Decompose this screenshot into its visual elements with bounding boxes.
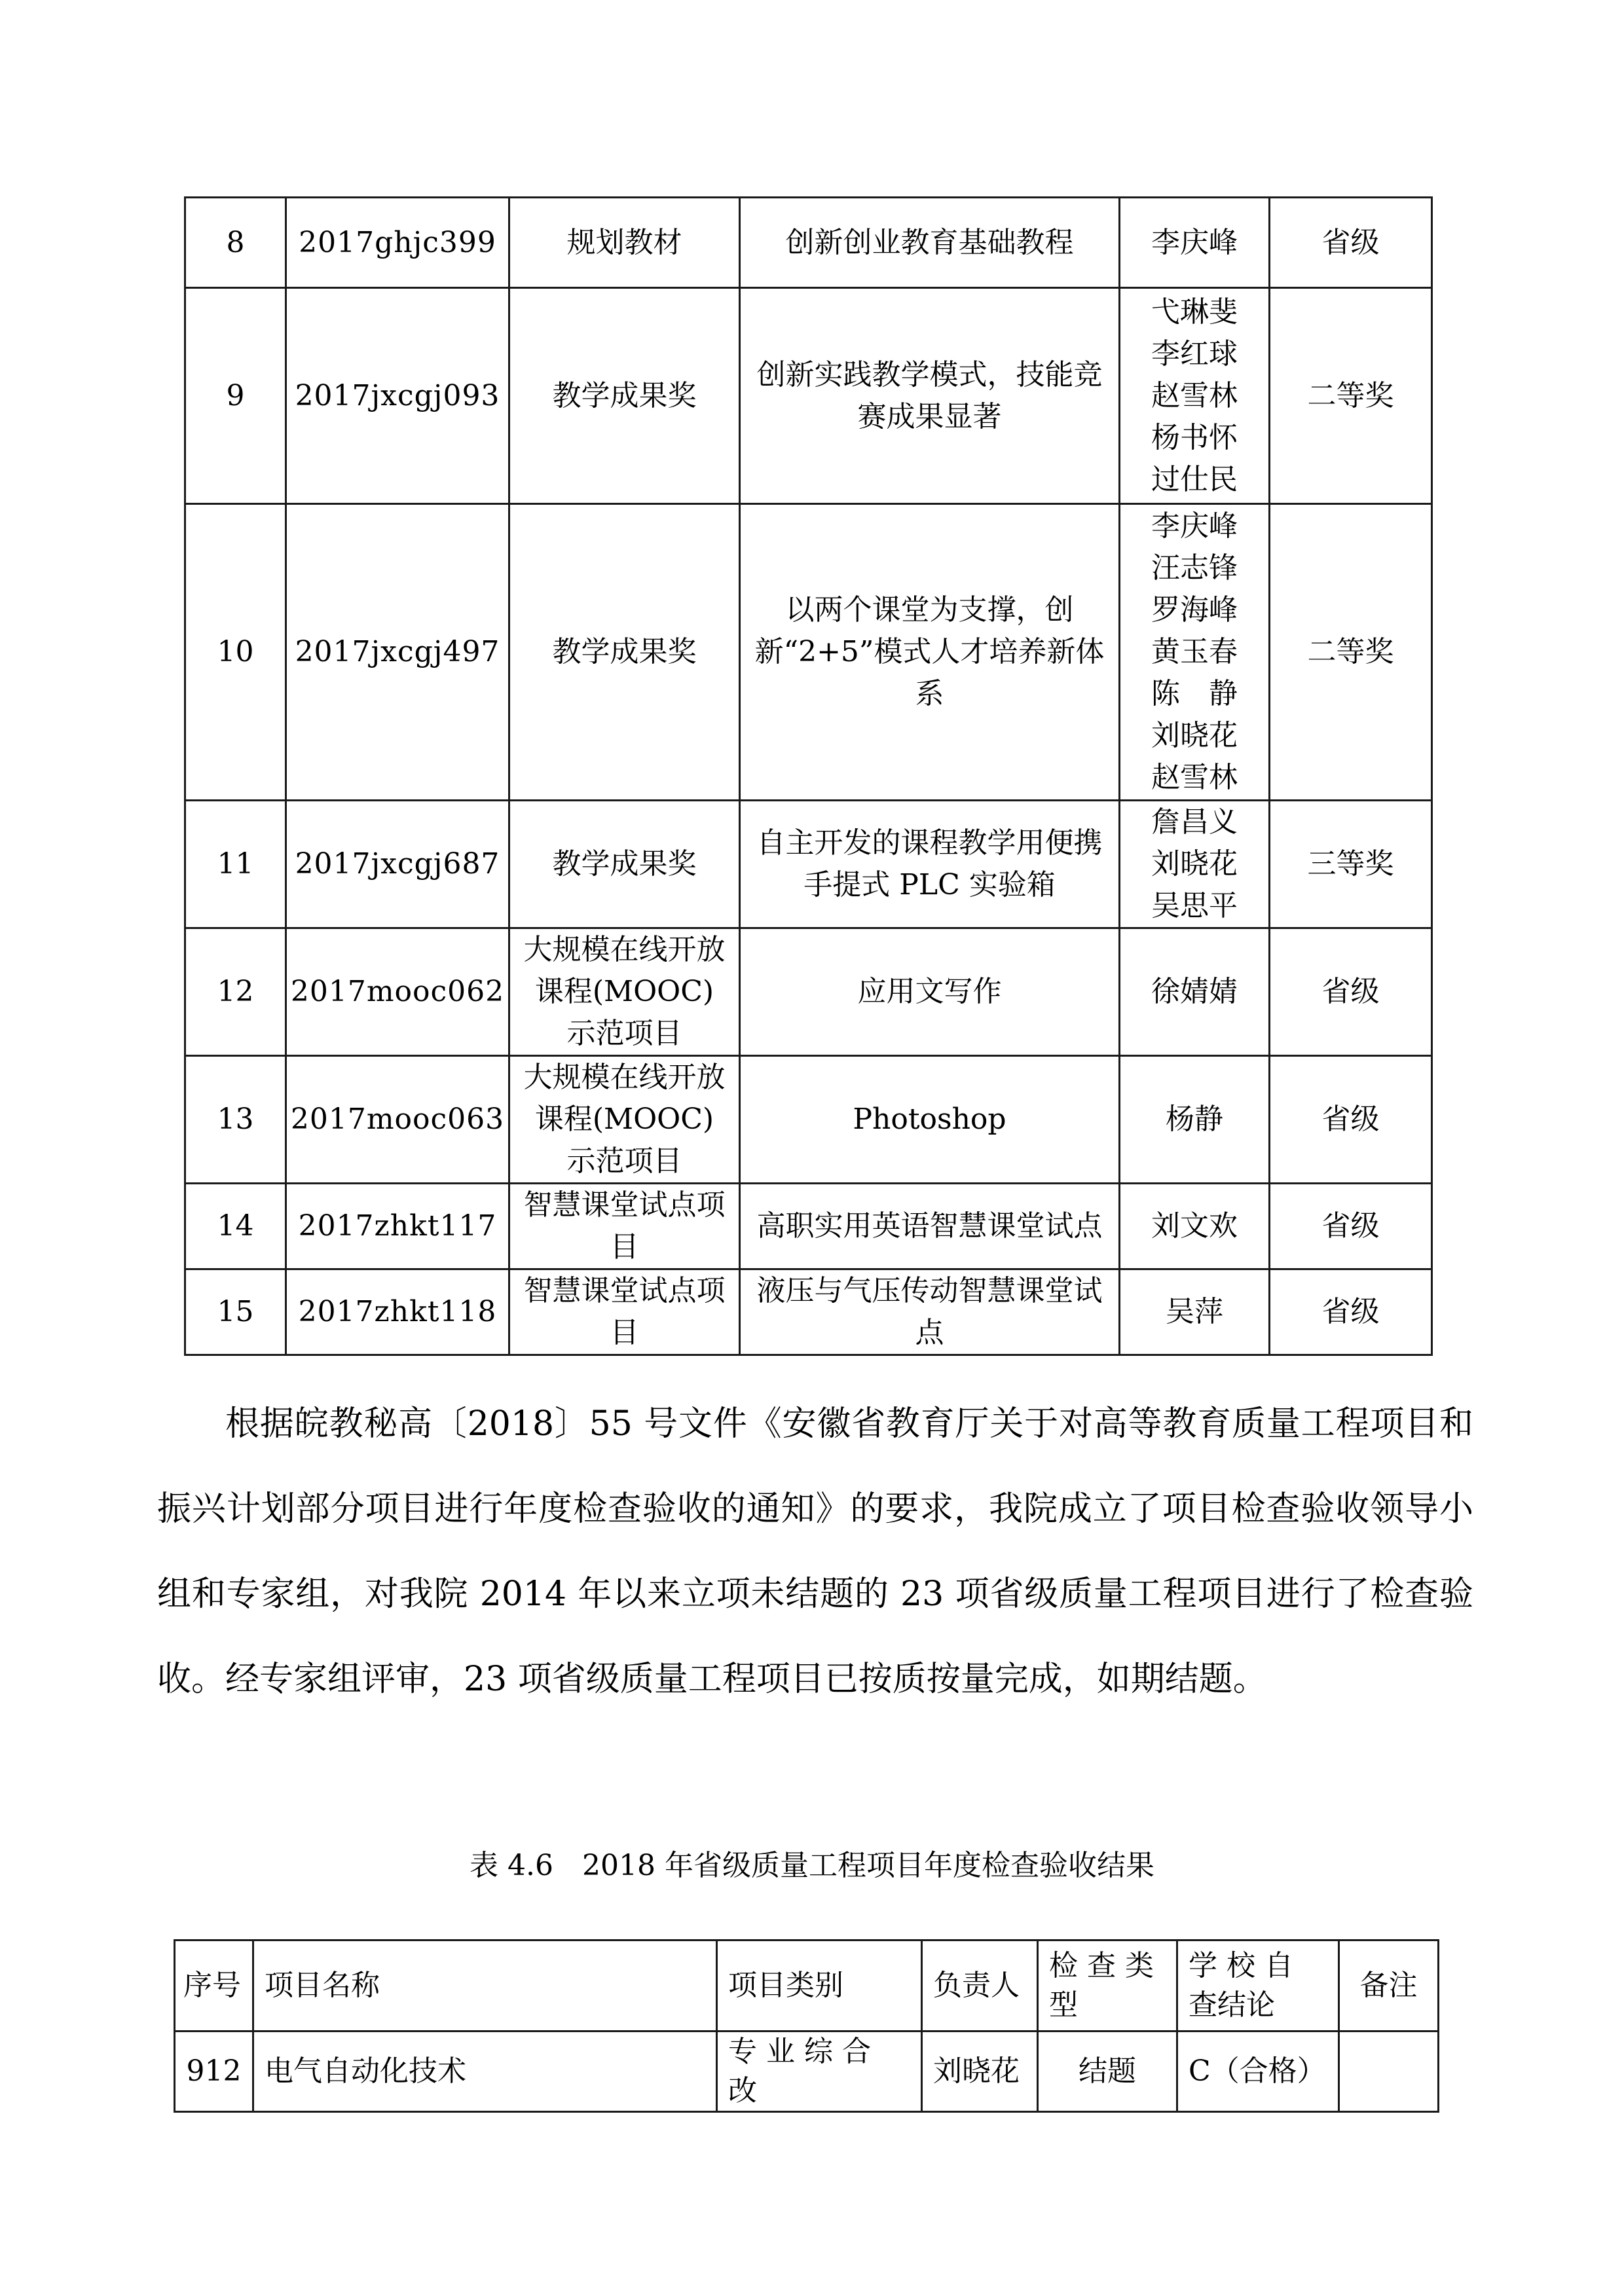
cell-code: 2017mooc062 (286, 928, 509, 1056)
cell-content: 以两个课堂为支撑，创新“2+5”模式人才培养新体系 (740, 504, 1120, 801)
cell-content: 自主开发的课程教学用便携手提式 PLC 实验箱 (740, 801, 1120, 928)
projects-table: 8 2017ghjc399 规划教材 创新创业教育基础教程 李庆峰 省级 9 2… (184, 196, 1433, 1356)
cell-category: 教学成果奖 (509, 288, 740, 504)
cell-code: 2017zhkt118 (286, 1269, 509, 1355)
header-name: 项目名称 (253, 1941, 717, 2032)
person-name: 刘晓花 (1120, 715, 1268, 757)
person-name: 吴萍 (1120, 1291, 1268, 1333)
cell-people: 刘文欢 (1120, 1184, 1270, 1269)
table-row: 14 2017zhkt117 智慧课堂试点项目 高职实用英语智慧课堂试点 刘文欢… (185, 1184, 1432, 1269)
header-remark: 备注 (1339, 1941, 1439, 2032)
cell-type: 专业综合改 (717, 2032, 922, 2112)
person-name: 李庆峰 (1120, 505, 1268, 547)
person-name: 杨书怀 (1120, 417, 1268, 459)
person-name: 罗海峰 (1120, 589, 1268, 631)
person-name: 李红球 (1120, 333, 1268, 375)
person-name: 赵雪林 (1120, 757, 1268, 799)
cell-people: 弋琳斐 李红球 赵雪林 杨书怀 过仕民 (1120, 288, 1270, 504)
cell-content: 创新实践教学模式，技能竞赛成果显著 (740, 288, 1120, 504)
person-name: 刘晓花 (1120, 843, 1268, 885)
cell-conclusion: C（合格） (1177, 2032, 1339, 2112)
body-paragraph: 根据皖教秘高〔2018〕55 号文件《安徽省教育厅关于对高等教育质量工程项目和振… (157, 1381, 1473, 1722)
person-name: 陈 静 (1120, 673, 1268, 715)
cell-content: 液压与气压传动智慧课堂试点 (740, 1269, 1120, 1355)
person-name: 刘文欢 (1120, 1205, 1268, 1247)
table-row: 12 2017mooc062 大规模在线开放课程(MOOC)示范项目 应用文写作… (185, 928, 1432, 1056)
cell-content: 创新创业教育基础教程 (740, 198, 1120, 288)
cell-seq: 912 (175, 2032, 253, 2112)
header-conclusion: 学 校 自 查结论 (1177, 1941, 1339, 2032)
cell-level: 二等奖 (1270, 504, 1432, 801)
cell-no: 12 (185, 928, 286, 1056)
cell-people: 詹昌义 刘晓花 吴思平 (1120, 801, 1270, 928)
cell-code: 2017zhkt117 (286, 1184, 509, 1269)
table-row: 10 2017jxcgj497 教学成果奖 以两个课堂为支撑，创新“2+5”模式… (185, 504, 1432, 801)
table-row: 13 2017mooc063 大规模在线开放课程(MOOC)示范项目 Photo… (185, 1056, 1432, 1184)
cell-people: 李庆峰 (1120, 198, 1270, 288)
cell-code: 2017jxcgj093 (286, 288, 509, 504)
cell-people: 吴萍 (1120, 1269, 1270, 1355)
cell-no: 13 (185, 1056, 286, 1184)
cell-no: 10 (185, 504, 286, 801)
paragraph-text: 根据皖教秘高〔2018〕55 号文件《安徽省教育厅关于对高等教育质量工程项目和振… (157, 1381, 1473, 1722)
cell-content: 高职实用英语智慧课堂试点 (740, 1184, 1120, 1269)
cell-level: 三等奖 (1270, 801, 1432, 928)
cell-level: 省级 (1270, 1184, 1432, 1269)
cell-code: 2017jxcgj497 (286, 504, 509, 801)
cell-check-type: 结题 (1038, 2032, 1177, 2112)
cell-level: 省级 (1270, 198, 1432, 288)
cell-no: 8 (185, 198, 286, 288)
document-page: 8 2017ghjc399 规划教材 创新创业教育基础教程 李庆峰 省级 9 2… (0, 0, 1624, 2296)
header-type: 项目类别 (717, 1941, 922, 2032)
table-caption: 表 4.6 2018 年省级质量工程项目年度检查验收结果 (0, 1846, 1624, 1886)
inspection-results-table: 序号 项目名称 项目类别 负责人 检 查 类 型 学 校 自 查结论 备注 91… (174, 1939, 1439, 2113)
cell-level: 省级 (1270, 1056, 1432, 1184)
person-name: 詹昌义 (1120, 801, 1268, 843)
table-header-row: 序号 项目名称 项目类别 负责人 检 查 类 型 学 校 自 查结论 备注 (175, 1941, 1439, 2032)
person-name: 过仕民 (1120, 459, 1268, 501)
cell-no: 14 (185, 1184, 286, 1269)
cell-level: 二等奖 (1270, 288, 1432, 504)
cell-code: 2017mooc063 (286, 1056, 509, 1184)
table-row: 15 2017zhkt118 智慧课堂试点项目 液压与气压传动智慧课堂试点 吴萍… (185, 1269, 1432, 1355)
cell-no: 9 (185, 288, 286, 504)
header-check-type: 检 查 类 型 (1038, 1941, 1177, 2032)
cell-category: 大规模在线开放课程(MOOC)示范项目 (509, 928, 740, 1056)
cell-people: 杨静 (1120, 1056, 1270, 1184)
cell-no: 15 (185, 1269, 286, 1355)
cell-name: 电气自动化技术 (253, 2032, 717, 2112)
cell-category: 规划教材 (509, 198, 740, 288)
cell-content: Photoshop (740, 1056, 1120, 1184)
person-name: 赵雪林 (1120, 375, 1268, 417)
cell-code: 2017jxcgj687 (286, 801, 509, 928)
cell-remark (1339, 2032, 1439, 2112)
cell-owner: 刘晓花 (922, 2032, 1038, 2112)
cell-people: 李庆峰 汪志锋 罗海峰 黄玉春 陈 静 刘晓花 赵雪林 (1120, 504, 1270, 801)
cell-category: 教学成果奖 (509, 504, 740, 801)
cell-category: 智慧课堂试点项目 (509, 1269, 740, 1355)
cell-category: 智慧课堂试点项目 (509, 1184, 740, 1269)
cell-level: 省级 (1270, 928, 1432, 1056)
person-name: 徐婧婧 (1120, 971, 1268, 1013)
person-name: 黄玉春 (1120, 631, 1268, 673)
person-name: 李庆峰 (1120, 222, 1268, 264)
person-name: 汪志锋 (1120, 547, 1268, 589)
cell-category: 大规模在线开放课程(MOOC)示范项目 (509, 1056, 740, 1184)
table-row: 9 2017jxcgj093 教学成果奖 创新实践教学模式，技能竞赛成果显著 弋… (185, 288, 1432, 504)
cell-level: 省级 (1270, 1269, 1432, 1355)
header-seq: 序号 (175, 1941, 253, 2032)
person-name: 吴思平 (1120, 885, 1268, 927)
cell-people: 徐婧婧 (1120, 928, 1270, 1056)
table-row: 8 2017ghjc399 规划教材 创新创业教育基础教程 李庆峰 省级 (185, 198, 1432, 288)
person-name: 弋琳斐 (1120, 291, 1268, 333)
table-row: 11 2017jxcgj687 教学成果奖 自主开发的课程教学用便携手提式 PL… (185, 801, 1432, 928)
cell-code: 2017ghjc399 (286, 198, 509, 288)
cell-no: 11 (185, 801, 286, 928)
header-owner: 负责人 (922, 1941, 1038, 2032)
cell-category: 教学成果奖 (509, 801, 740, 928)
table-row: 912 电气自动化技术 专业综合改 刘晓花 结题 C（合格） (175, 2032, 1439, 2112)
cell-content: 应用文写作 (740, 928, 1120, 1056)
person-name: 杨静 (1120, 1099, 1268, 1140)
